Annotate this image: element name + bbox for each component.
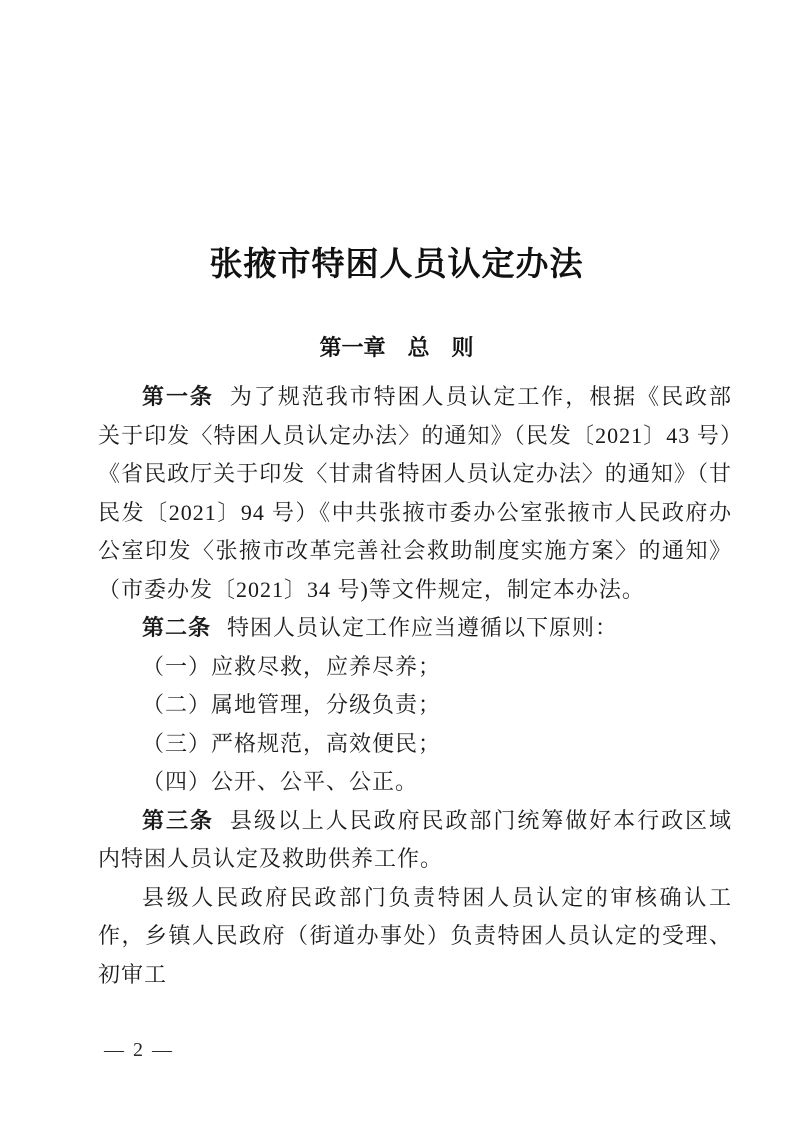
- paragraph: 第一条为了规范我市特困人员认定工作，根据《民政部关于印发〈特困人员认定办法〉的通…: [98, 378, 732, 609]
- page-number: — 2 —: [104, 1039, 174, 1062]
- paragraph-text: （一）应救尽救，应养尽养；: [142, 654, 441, 679]
- paragraph: （四）公开、公平、公正。: [98, 763, 732, 802]
- article-label: 第二条: [142, 615, 211, 640]
- paragraph-text: （三）严格规范，高效便民；: [142, 731, 441, 756]
- paragraph-text: 为了规范我市特困人员认定工作，根据《民政部关于印发〈特困人员认定办法〉的通知》（…: [98, 384, 732, 602]
- paragraph-text: （二）属地管理，分级负责；: [142, 692, 441, 717]
- paragraph-text: （四）公开、公平、公正。: [142, 769, 418, 794]
- paragraph: 县级人民政府民政部门负责特困人员认定的审核确认工作，乡镇人民政府（街道办事处）负…: [98, 879, 732, 995]
- document-body: 第一条为了规范我市特困人员认定工作，根据《民政部关于印发〈特困人员认定办法〉的通…: [98, 378, 732, 994]
- paragraph-text: 特困人员认定工作应当遵循以下原则：: [227, 615, 618, 640]
- paragraph: （二）属地管理，分级负责；: [98, 686, 732, 725]
- chapter-heading: 第一章 总 则: [0, 331, 793, 362]
- paragraph: 第三条县级以上人民政府民政部门统筹做好本行政区域内特困人员认定及救助供养工作。: [98, 802, 732, 879]
- article-label: 第三条: [142, 808, 214, 833]
- paragraph-text: 县级人民政府民政部门负责特困人员认定的审核确认工作，乡镇人民政府（街道办事处）负…: [98, 885, 732, 987]
- document-title: 张掖市特困人员认定办法: [0, 238, 793, 285]
- document-page: 张掖市特困人员认定办法 第一章 总 则 第一条为了规范我市特困人员认定工作，根据…: [0, 0, 793, 1122]
- paragraph: 第二条特困人员认定工作应当遵循以下原则：: [98, 609, 732, 648]
- article-label: 第一条: [142, 384, 214, 409]
- paragraph: （三）严格规范，高效便民；: [98, 725, 732, 764]
- paragraph: （一）应救尽救，应养尽养；: [98, 648, 732, 687]
